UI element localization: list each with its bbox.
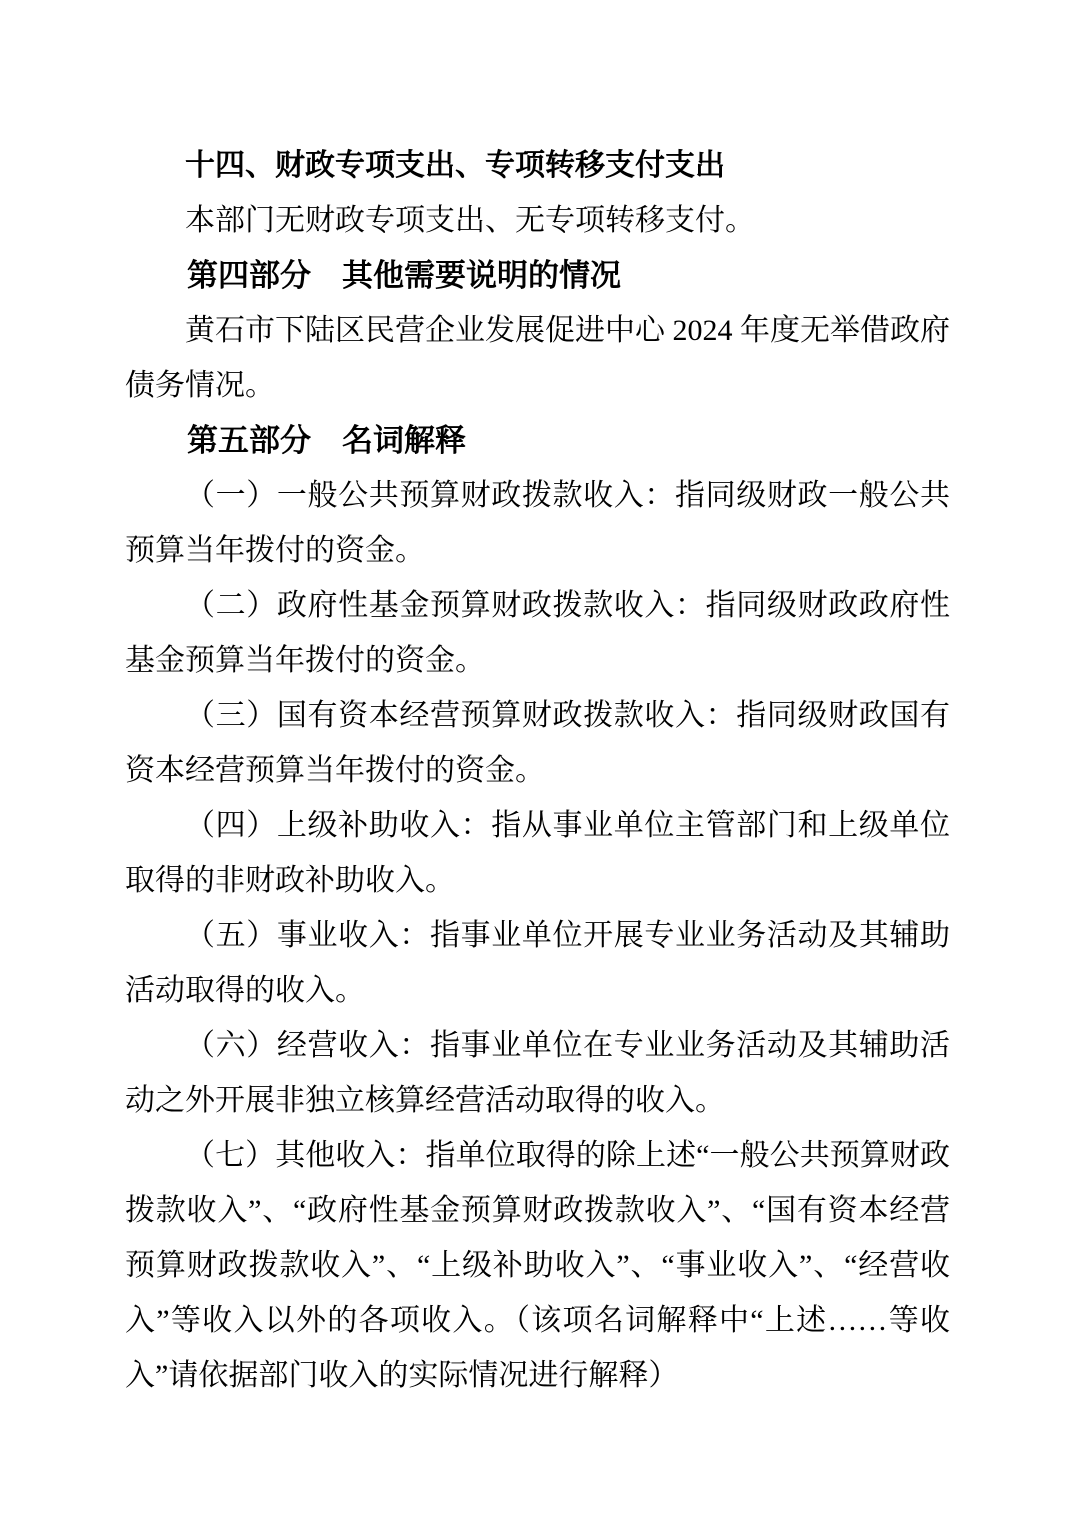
paragraph-no-special-expenditure: 本部门无财政专项支出、无专项转移支付。 xyxy=(125,193,950,248)
paragraph-no-government-debt: 黄石市下陆区民营企业发展促进中心 2024 年度无举借政府债务情况。 xyxy=(125,303,950,413)
document-content: 十四、财政专项支出、专项转移支付支出 本部门无财政专项支出、无专项转移支付。 第… xyxy=(125,138,950,1403)
term-definition-1-general-public-budget-income: （一）一般公共预算财政拨款收入：指同级财政一般公共预算当年拨付的资金。 xyxy=(125,468,950,578)
section-heading-special-expenditure: 十四、财政专项支出、专项转移支付支出 xyxy=(125,138,950,193)
term-definition-4-superior-subsidy-income: （四）上级补助收入：指从事业单位主管部门和上级单位取得的非财政补助收入。 xyxy=(125,798,950,908)
term-definition-2-government-fund-budget-income: （二）政府性基金预算财政拨款收入：指同级财政政府性基金预算当年拨付的资金。 xyxy=(125,578,950,688)
part-four-heading: 第四部分 其他需要说明的情况 xyxy=(125,248,950,303)
part-five-heading: 第五部分 名词解释 xyxy=(125,413,950,468)
term-definition-5-institutional-income: （五）事业收入：指事业单位开展专业业务活动及其辅助活动取得的收入。 xyxy=(125,908,950,1018)
document-page: 十四、财政专项支出、专项转移支付支出 本部门无财政专项支出、无专项转移支付。 第… xyxy=(0,0,1069,1514)
term-definition-3-state-capital-budget-income: （三）国有资本经营预算财政拨款收入：指同级财政国有资本经营预算当年拨付的资金。 xyxy=(125,688,950,798)
term-definition-7-other-income: （七）其他收入：指单位取得的除上述“一般公共预算财政拨款收入”、“政府性基金预算… xyxy=(125,1128,950,1403)
term-definition-6-operating-income: （六）经营收入：指事业单位在专业业务活动及其辅助活动之外开展非独立核算经营活动取… xyxy=(125,1018,950,1128)
